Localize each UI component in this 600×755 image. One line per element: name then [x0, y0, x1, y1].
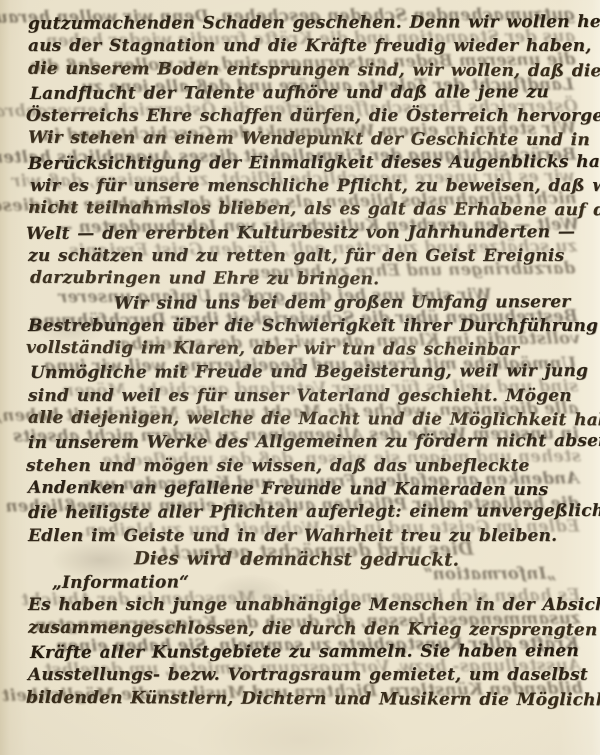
manuscript-page: gutzumachenden Schaden geschehen. Denn w…	[0, 0, 600, 755]
handwriting-line: sind und weil es für unser Vaterland ges…	[28, 385, 584, 408]
handwriting-line: alle diejenigen, welche die Macht und di…	[28, 407, 584, 433]
handwriting-layer: gutzumachenden Schaden geschehen. Denn w…	[28, 12, 584, 711]
handwriting-line: Bestrebungen über die Schwierigkeit ihre…	[28, 315, 584, 338]
handwriting-line-heading: „Information“	[26, 570, 584, 595]
handwriting-line: Österreichs Ehre schaffen dürfen, die Ös…	[26, 105, 584, 128]
handwriting-line: Unmögliche mit Freude und Begeisterung, …	[30, 360, 584, 385]
handwriting-line: die unserem Boden entsprungen sind, wir …	[28, 57, 584, 83]
handwriting-line: Edlen im Geiste und in der Wahrheit treu…	[28, 525, 584, 548]
handwriting-line: darzubringen und Ehre zu bringen.	[30, 267, 584, 293]
handwriting-line: Ausstellungs- bezw. Vortragsraum gemiete…	[28, 664, 584, 687]
handwriting-line: Wir sind uns bei dem großen Umfang unser…	[28, 291, 584, 316]
handwriting-line: bildenden Künstlern, Dichtern und Musike…	[26, 686, 584, 712]
handwriting-line: die heiligste aller Pflichten auferlegt:…	[28, 500, 584, 525]
handwriting-line: Andenken an gefallene Freunde und Kamera…	[28, 477, 584, 503]
handwriting-line: Welt — den ererbten Kulturbesitz von Jah…	[26, 221, 584, 246]
handwriting-line: nicht teilnahmslos blieben, als es galt …	[28, 197, 584, 223]
handwriting-line: Es haben sich junge unabhängige Menschen…	[28, 594, 584, 617]
handwriting-line: Wir stehen an einem Wendepunkt der Gesch…	[28, 127, 584, 153]
handwriting-line: Kräfte aller Kunstgebiete zu sammeln. Si…	[30, 640, 584, 665]
handwriting-line: Berücksichtigung der Einmaligkeit dieses…	[28, 151, 584, 176]
handwriting-line: Landflucht der Talente aufhöre und daß a…	[30, 81, 584, 106]
handwriting-line: stehen und mögen sie wissen, daß das unb…	[26, 455, 584, 478]
handwriting-line-note: Dies wird demnächst gedruckt.	[30, 547, 584, 573]
handwriting-line: zu schätzen und zu retten galt, für den …	[28, 245, 584, 268]
handwriting-line: zusammengeschlossen, die durch den Krieg…	[28, 617, 584, 643]
handwriting-line: gutzumachenden Schaden geschehen. Denn w…	[28, 11, 584, 36]
handwriting-line: wir es für unsere menschliche Pflicht, z…	[30, 175, 584, 198]
handwriting-line: vollständig im Klaren, aber wir tun das …	[26, 337, 584, 363]
handwriting-line: aus der Stagnation und die Kräfte freudi…	[28, 35, 584, 58]
handwriting-line: in unserem Werke des Allgemeinen zu förd…	[28, 430, 584, 455]
